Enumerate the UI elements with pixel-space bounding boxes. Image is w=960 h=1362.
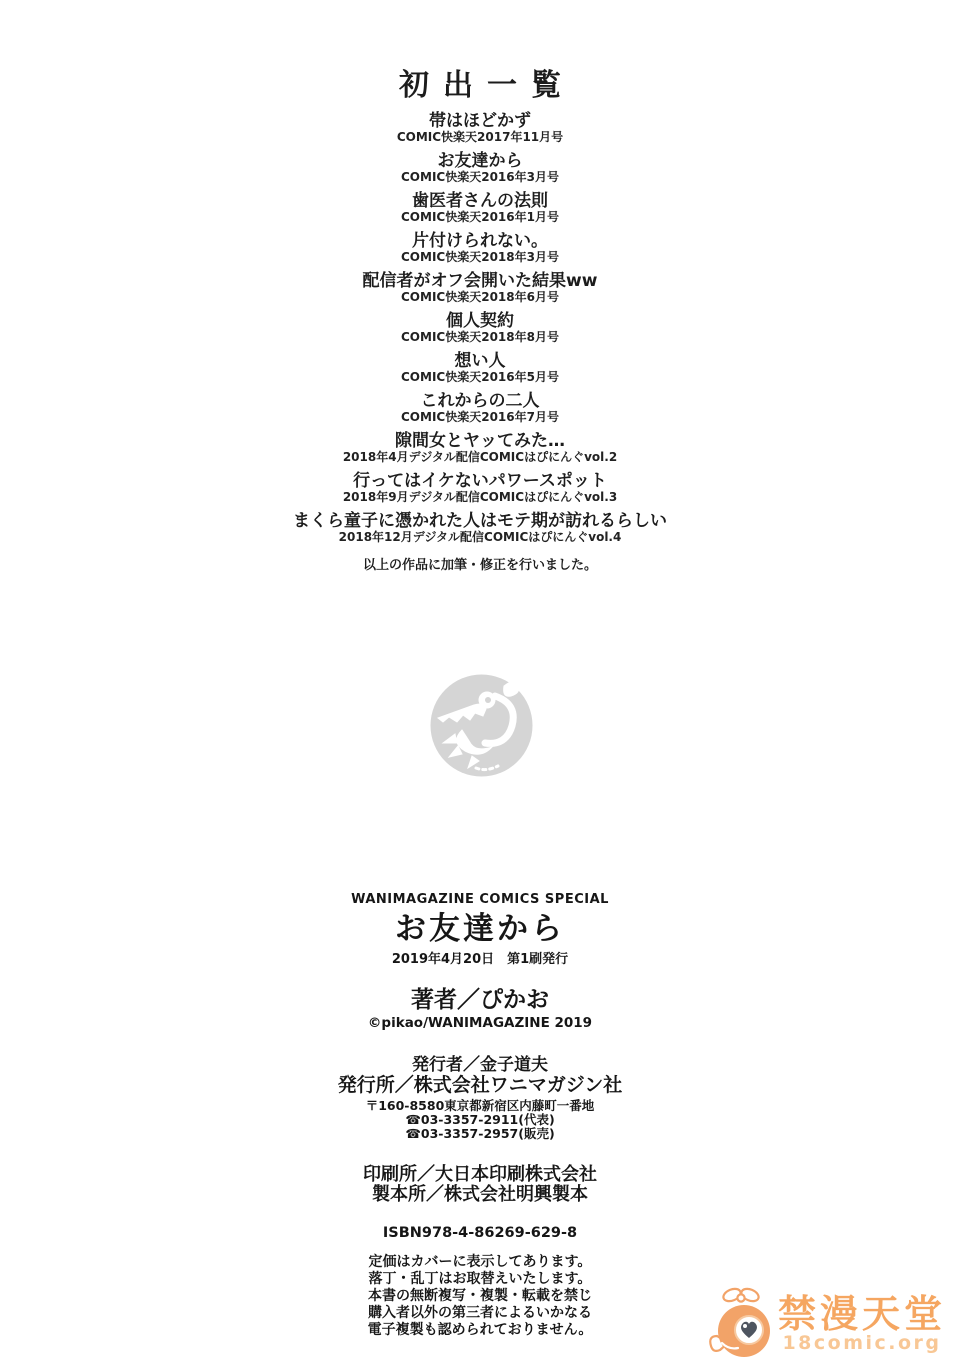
site-watermark-text: 禁漫天堂 18comic.org	[778, 1293, 946, 1353]
publication-title: お友達から	[0, 151, 960, 171]
printing-block: 印刷所／大日本印刷株式会社 製本所／株式会社明興製本	[0, 1165, 960, 1205]
publisher-person-line: 発行者／金子道夫	[0, 1056, 960, 1075]
site-name: 禁漫天堂	[778, 1293, 946, 1335]
page-title: 初出一覧	[0, 60, 960, 104]
publication-title: まくら童子に憑かれた人はモテ期が訪れるらしい	[0, 511, 960, 531]
publication-entry: 隙間女とヤッてみた… 2018年4月デジタル配信COMICはぴにんぐvol.2	[0, 431, 960, 464]
copyright-line: ©pikao/WANIMAGAZINE 2019	[0, 1015, 960, 1031]
tel-main-line: ☎03-3357-2911(代表)	[0, 1113, 960, 1127]
publication-entry: 想い人 COMIC快楽天2016年5月号	[0, 351, 960, 384]
publication-source: COMIC快楽天2017年11月号	[0, 131, 960, 144]
isbn-line: ISBN978-4-86269-629-8	[0, 1225, 960, 1241]
publication-source: COMIC快楽天2018年8月号	[0, 331, 960, 344]
publication-source: COMIC快楽天2016年1月号	[0, 211, 960, 224]
publication-entry: 行ってはイケないパワースポット 2018年9月デジタル配信COMICはぴにんぐv…	[0, 471, 960, 504]
publication-title: 歯医者さんの法則	[0, 191, 960, 211]
publisher-block: 発行者／金子道夫 発行所／株式会社ワニマガジン社 〒160-8580東京都新宿区…	[0, 1056, 960, 1141]
publication-entry: まくら童子に憑かれた人はモテ期が訪れるらしい 2018年12月デジタル配信COM…	[0, 511, 960, 544]
publication-source: 2018年4月デジタル配信COMICはぴにんぐvol.2	[0, 451, 960, 464]
edition-date: 2019年4月20日 第1刷発行	[0, 948, 960, 967]
binder-line: 製本所／株式会社明興製本	[0, 1185, 960, 1205]
publication-title: 配信者がオフ会開いた結果ww	[0, 271, 960, 291]
publication-entry: 片付けられない。 COMIC快楽天2018年3月号	[0, 231, 960, 264]
publication-title: これからの二人	[0, 391, 960, 411]
wanimagazine-crocodile-logo-icon	[428, 672, 535, 779]
publication-entry: 個人契約 COMIC快楽天2018年8月号	[0, 311, 960, 344]
publication-source: COMIC快楽天2018年6月号	[0, 291, 960, 304]
publication-source: COMIC快楽天2016年7月号	[0, 411, 960, 424]
publication-title: 想い人	[0, 351, 960, 371]
publisher-company-line: 発行所／株式会社ワニマガジン社	[0, 1075, 960, 1096]
publisher-address: 〒160-8580東京都新宿区内藤町一番地	[0, 1098, 960, 1113]
publication-source: COMIC快楽天2016年5月号	[0, 371, 960, 384]
colophon: WANIMAGAZINE COMICS SPECIAL お友達から 2019年4…	[0, 892, 960, 1339]
publication-entry: お友達から COMIC快楽天2016年3月号	[0, 151, 960, 184]
publication-title: 隙間女とヤッてみた…	[0, 431, 960, 451]
publication-entry: これからの二人 COMIC快楽天2016年7月号	[0, 391, 960, 424]
imprint-label: WANIMAGAZINE COMICS SPECIAL	[0, 892, 960, 907]
publication-source: COMIC快楽天2016年3月号	[0, 171, 960, 184]
publication-source: 2018年9月デジタル配信COMICはぴにんぐvol.3	[0, 491, 960, 504]
publication-entry: 帯はほどかず COMIC快楽天2017年11月号	[0, 111, 960, 144]
publication-list: 帯はほどかず COMIC快楽天2017年11月号 お友達から COMIC快楽天2…	[0, 111, 960, 573]
notice-line: 定価はカバーに表示してあります。	[0, 1254, 960, 1271]
tel-sales-line: ☎03-3357-2957(販売)	[0, 1127, 960, 1141]
publication-source: 2018年12月デジタル配信COMICはぴにんぐvol.4	[0, 531, 960, 544]
site-watermark: 禁漫天堂 18comic.org	[709, 1286, 946, 1360]
site-url: 18comic.org	[782, 1333, 941, 1353]
publication-entry: 歯医者さんの法則 COMIC快楽天2016年1月号	[0, 191, 960, 224]
publication-entry: 配信者がオフ会開いた結果ww COMIC快楽天2018年6月号	[0, 271, 960, 304]
author-line: 著者／ぴかお	[0, 987, 960, 1013]
book-title: お友達から	[0, 912, 960, 946]
publication-title: 行ってはイケないパワースポット	[0, 471, 960, 491]
publication-title: 帯はほどかず	[0, 111, 960, 131]
publication-title: 片付けられない。	[0, 231, 960, 251]
revision-note: 以上の作品に加筆・修正を行いました。	[0, 554, 960, 573]
pufferfish-mascot-icon	[709, 1286, 773, 1360]
printer-line: 印刷所／大日本印刷株式会社	[0, 1165, 960, 1185]
publication-source: COMIC快楽天2018年3月号	[0, 251, 960, 264]
publication-title: 個人契約	[0, 311, 960, 331]
